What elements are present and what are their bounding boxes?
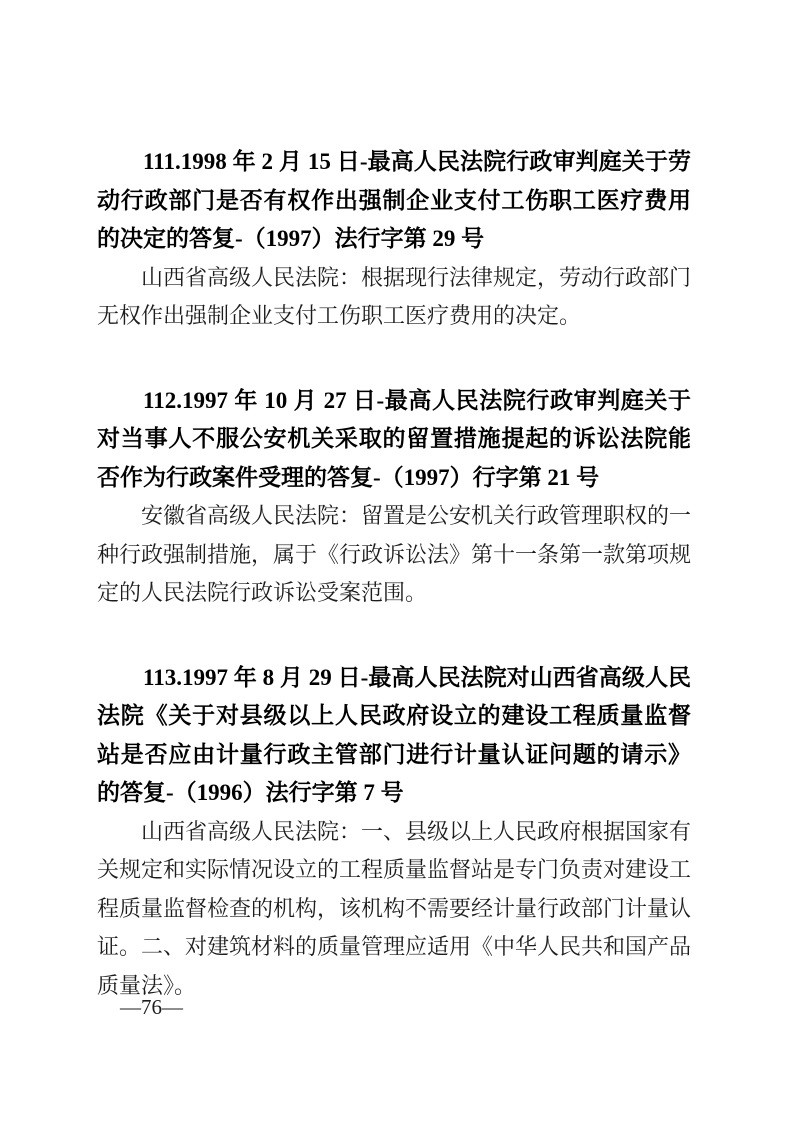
- entry-heading-112: 112.1997 年 10 月 27 日-最高人民法院行政审判庭关于对当事人不服…: [97, 382, 691, 498]
- entry-heading-111: 111.1998 年 2 月 15 日-最高人民法院行政审判庭关于劳动行政部门是…: [97, 143, 691, 259]
- document-content: 111.1998 年 2 月 15 日-最高人民法院行政审判庭关于劳动行政部门是…: [97, 143, 691, 1005]
- legal-entry-113: 113.1997 年 8 月 29 日-最高人民法院对山西省高级人民法院《关于对…: [97, 659, 691, 1006]
- entry-heading-113: 113.1997 年 8 月 29 日-最高人民法院对山西省高级人民法院《关于对…: [97, 659, 691, 813]
- legal-entry-111: 111.1998 年 2 月 15 日-最高人民法院行政审判庭关于劳动行政部门是…: [97, 143, 691, 336]
- page-number: —76—: [120, 995, 183, 1019]
- entry-body-112: 安徽省高级人民法院：留置是公安机关行政管理职权的一种行政强制措施，属于《行政诉讼…: [97, 497, 691, 613]
- entry-body-111: 山西省高级人民法院：根据现行法律规定，劳动行政部门无权作出强制企业支付工伤职工医…: [97, 259, 691, 336]
- legal-entry-112: 112.1997 年 10 月 27 日-最高人民法院行政审判庭关于对当事人不服…: [97, 382, 691, 613]
- entry-body-113: 山西省高级人民法院：一、县级以上人民政府根据国家有关规定和实际情况设立的工程质量…: [97, 813, 691, 1006]
- document-page: 111.1998 年 2 月 15 日-最高人民法院行政审判庭关于劳动行政部门是…: [0, 0, 793, 1122]
